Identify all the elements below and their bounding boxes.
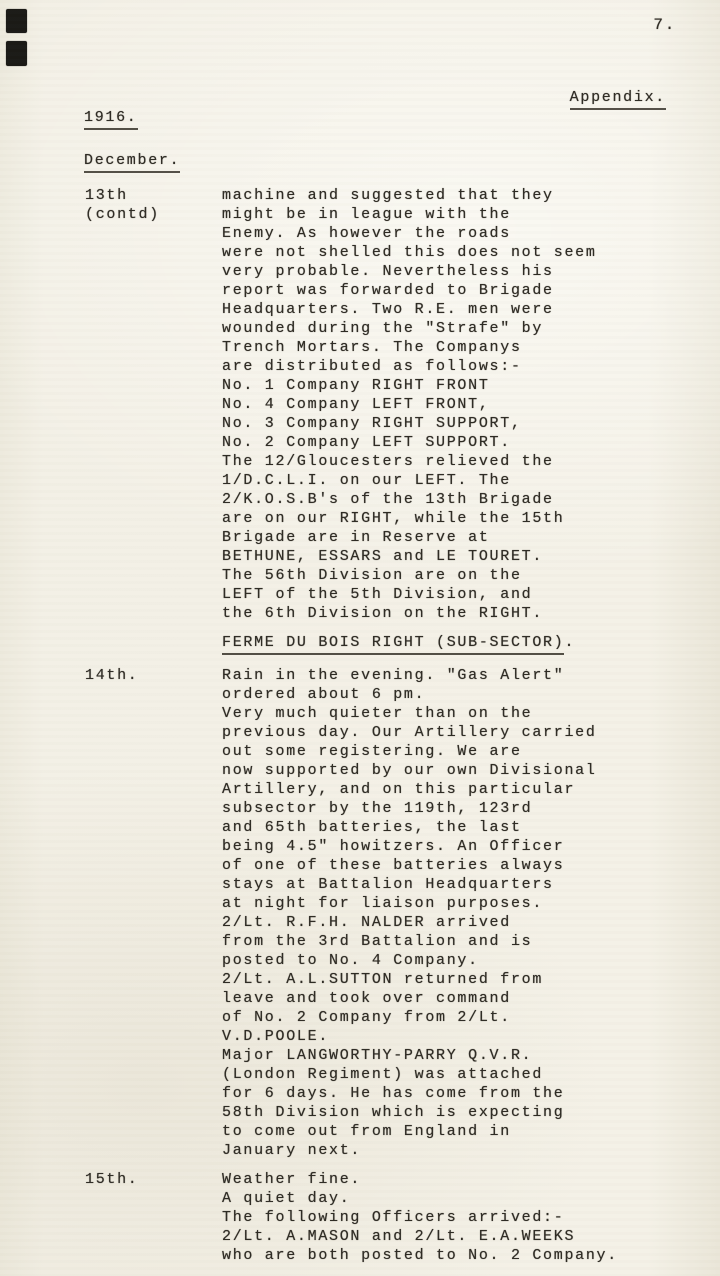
text-line: Headquarters. Two R.E. men were xyxy=(222,300,692,319)
punch-hole-mark xyxy=(6,41,27,66)
text-line: now supported by our own Divisional xyxy=(222,761,692,780)
page-number: 7. xyxy=(653,16,676,35)
text-line: LEFT of the 5th Division, and xyxy=(222,585,692,604)
text-line: 15th. xyxy=(85,1170,139,1189)
text-line: subsector by the 119th, 123rd xyxy=(222,799,692,818)
text-line: No. 2 Company LEFT SUPPORT. xyxy=(222,433,692,452)
text-line: report was forwarded to Brigade xyxy=(222,281,692,300)
diary-page-sheet: 7. Appendix. 1916. December. 13th(contd)… xyxy=(0,0,720,1276)
text-line: Trench Mortars. The Companys xyxy=(222,338,692,357)
text-line: BETHUNE, ESSARS and LE TOURET. xyxy=(222,547,692,566)
text-line: wounded during the "Strafe" by xyxy=(222,319,692,338)
appendix-label: Appendix. xyxy=(570,88,666,110)
entry-date: 13th(contd) xyxy=(85,186,160,224)
text-line: 14th. xyxy=(85,666,139,685)
text-line: January next. xyxy=(222,1141,692,1160)
text-line: V.D.POOLE. xyxy=(222,1027,692,1046)
text-line: Major LANGWORTHY-PARRY Q.V.R. xyxy=(222,1046,692,1065)
entry-date: 15th. xyxy=(85,1170,139,1189)
text-line: The 12/Gloucesters relieved the xyxy=(222,452,692,471)
text-line: stays at Battalion Headquarters xyxy=(222,875,692,894)
text-line: A quiet day. xyxy=(222,1189,692,1208)
text-line: 13th xyxy=(85,186,160,205)
entry-body: Weather fine.A quiet day.The following O… xyxy=(222,1170,692,1265)
year-heading: 1916. xyxy=(84,108,138,130)
text-line: from the 3rd Battalion and is xyxy=(222,932,692,951)
text-line: being 4.5" howitzers. An Officer xyxy=(222,837,692,856)
month-heading: December. xyxy=(84,151,180,173)
text-line: Rain in the evening. "Gas Alert" xyxy=(222,666,692,685)
text-line: 2/Lt. A.MASON and 2/Lt. E.A.WEEKS xyxy=(222,1227,692,1246)
text-line: The 56th Division are on the xyxy=(222,566,692,585)
text-line: 2/Lt. A.L.SUTTON returned from xyxy=(222,970,692,989)
text-line: of one of these batteries always xyxy=(222,856,692,875)
text-line: are distributed as follows:- xyxy=(222,357,692,376)
text-line: might be in league with the xyxy=(222,205,692,224)
text-line: ordered about 6 pm. xyxy=(222,685,692,704)
text-line: very probable. Nevertheless his xyxy=(222,262,692,281)
text-line: 1/D.C.L.I. on our LEFT. The xyxy=(222,471,692,490)
text-line: No. 3 Company RIGHT SUPPORT, xyxy=(222,414,692,433)
text-line: machine and suggested that they xyxy=(222,186,692,205)
text-line: the 6th Division on the RIGHT. xyxy=(222,604,692,623)
entry-body: Rain in the evening. "Gas Alert"ordered … xyxy=(222,666,692,1160)
sub-sector-heading: FERME DU BOIS RIGHT (SUB-SECTOR). xyxy=(222,633,575,655)
text-line: for 6 days. He has come from the xyxy=(222,1084,692,1103)
text-line: of No. 2 Company from 2/Lt. xyxy=(222,1008,692,1027)
text-line: 2/Lt. R.F.H. NALDER arrived xyxy=(222,913,692,932)
text-line: 2/K.O.S.B's of the 13th Brigade xyxy=(222,490,692,509)
text-line: (contd) xyxy=(85,205,160,224)
text-line: No. 4 Company LEFT FRONT, xyxy=(222,395,692,414)
text-line: at night for liaison purposes. xyxy=(222,894,692,913)
text-line: were not shelled this does not seem xyxy=(222,243,692,262)
entry-date: 14th. xyxy=(85,666,139,685)
entry-body: machine and suggested that theymight be … xyxy=(222,186,692,623)
text-line: Very much quieter than on the xyxy=(222,704,692,723)
text-line: are on our RIGHT, while the 15th xyxy=(222,509,692,528)
text-line: leave and took over command xyxy=(222,989,692,1008)
text-line: No. 1 Company RIGHT FRONT xyxy=(222,376,692,395)
text-line: Enemy. As however the roads xyxy=(222,224,692,243)
text-line: posted to No. 4 Company. xyxy=(222,951,692,970)
text-line: previous day. Our Artillery carried xyxy=(222,723,692,742)
text-line: Artillery, and on this particular xyxy=(222,780,692,799)
text-line: 58th Division which is expecting xyxy=(222,1103,692,1122)
text-line: to come out from England in xyxy=(222,1122,692,1141)
text-line: out some registering. We are xyxy=(222,742,692,761)
text-line: Weather fine. xyxy=(222,1170,692,1189)
punch-hole-mark xyxy=(6,9,27,33)
text-line: The following Officers arrived:- xyxy=(222,1208,692,1227)
text-line: who are both posted to No. 2 Company. xyxy=(222,1246,692,1265)
text-line: Brigade are in Reserve at xyxy=(222,528,692,547)
text-line: and 65th batteries, the last xyxy=(222,818,692,837)
text-line: (London Regiment) was attached xyxy=(222,1065,692,1084)
